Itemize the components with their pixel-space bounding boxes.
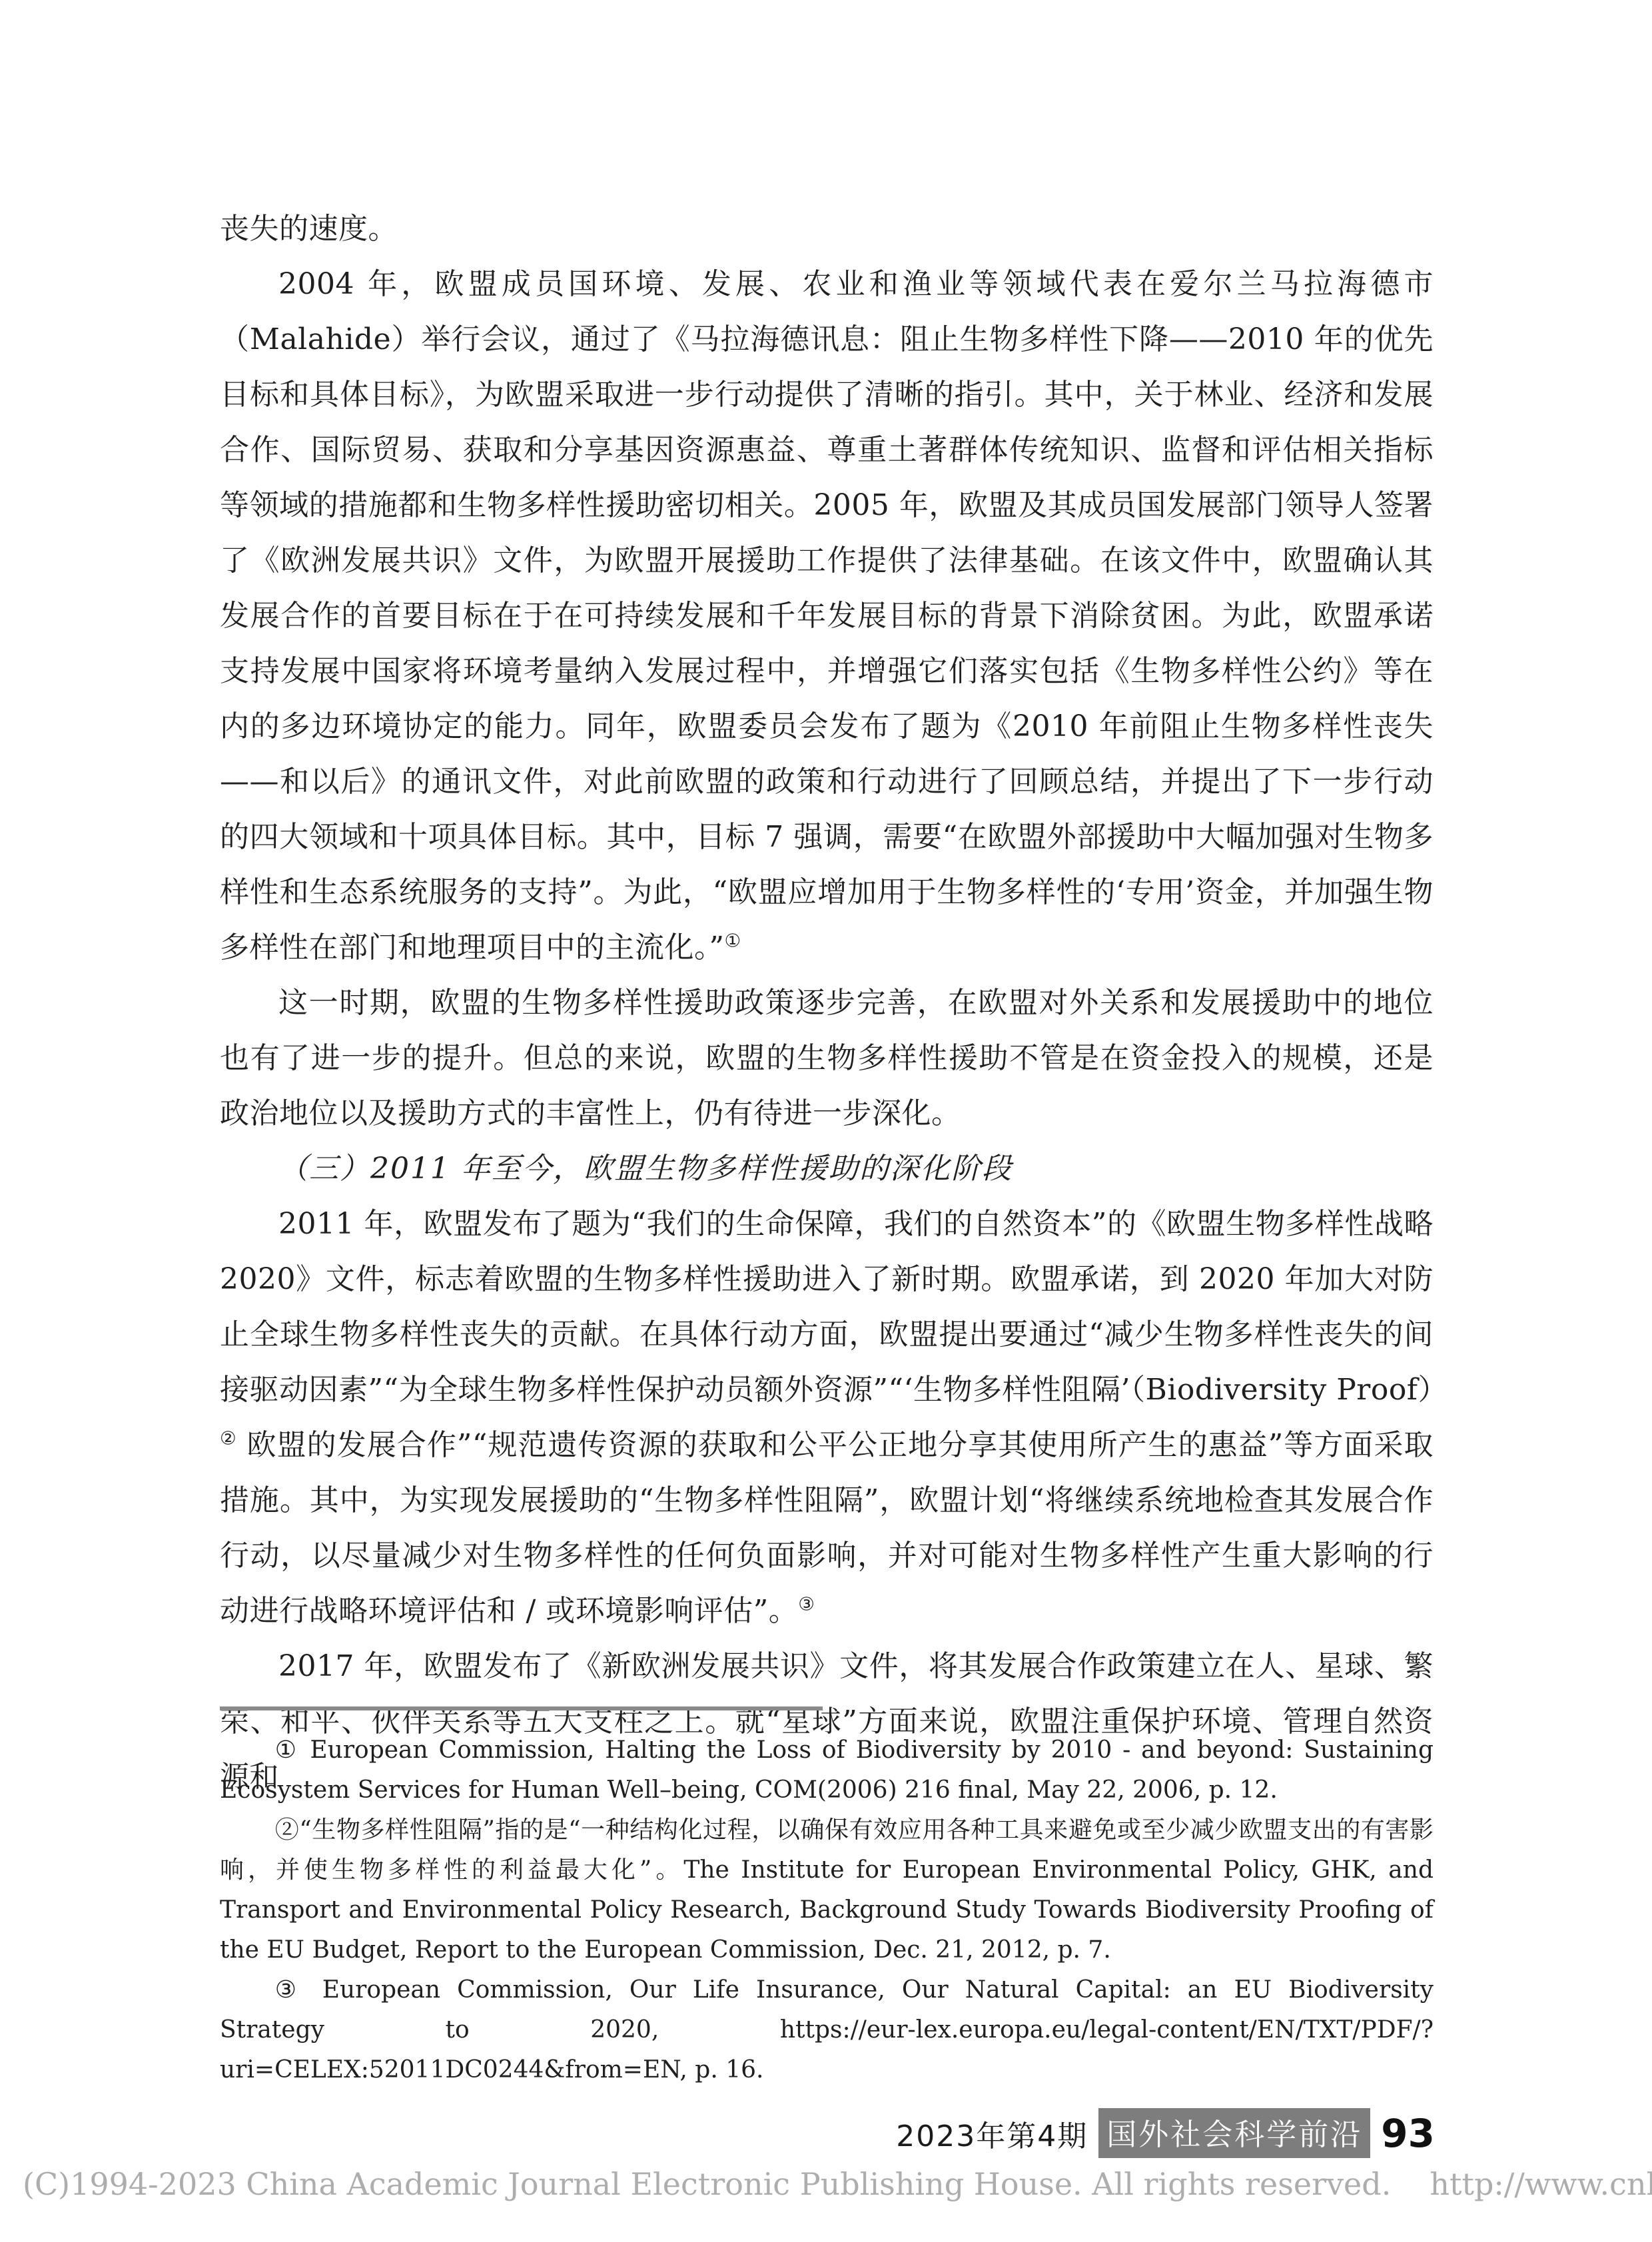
- copyright-url: http://www.cnki.net: [1430, 2165, 1652, 2203]
- footnote-marker: ②: [220, 1428, 237, 1449]
- copyright-notice: (C)1994-2023 China Academic Journal Elec…: [23, 2165, 1391, 2203]
- article-body: 丧失的速度。2004 年，欧盟成员国环境、发展、农业和渔业等领域代表在爱尔兰马拉…: [220, 201, 1434, 1804]
- heading-section-three: （三）2011 年至今，欧盟生物多样性援助的深化阶段: [220, 1141, 1434, 1196]
- page-number: 93: [1381, 2111, 1435, 2156]
- footnotes-block: ① European Commission, Halting the Loss …: [220, 1730, 1434, 2090]
- copyright-watermark: (C)1994-2023 China Academic Journal Elec…: [23, 2165, 1628, 2203]
- page-footer: 2023年第4期 国外社会科学前沿 93: [896, 2108, 1435, 2158]
- para-period-summary: 这一时期，欧盟的生物多样性援助政策逐步完善，在欧盟对外关系和发展援助中的地位也有…: [220, 975, 1434, 1141]
- footnote-item: ① European Commission, Halting the Loss …: [220, 1730, 1434, 1810]
- journal-issue-label: 2023年第4期: [896, 2112, 1088, 2155]
- footnote-item: ③ European Commission, Our Life Insuranc…: [220, 1970, 1434, 2090]
- footnote-marker: ①: [725, 931, 741, 951]
- footnote-marker: ③: [798, 1594, 815, 1615]
- para-continuation: 丧失的速度。: [220, 201, 1434, 256]
- footnote-item: ②“生物多样性阻隔”指的是“一种结构化过程，以确保有效应用各种工具来避免或至少减…: [220, 1810, 1434, 1970]
- footnote-divider: [220, 1706, 823, 1710]
- journal-name-badge: 国外社会科学前沿: [1098, 2108, 1370, 2158]
- para-2011-strategy: 2011 年，欧盟发布了题为“我们的生命保障，我们的自然资本”的《欧盟生物多样性…: [220, 1196, 1434, 1639]
- para-2004-2005: 2004 年，欧盟成员国环境、发展、农业和渔业等领域代表在爱尔兰马拉海德市（Ma…: [220, 256, 1434, 975]
- journal-page: 丧失的速度。2004 年，欧盟成员国环境、发展、农业和渔业等领域代表在爱尔兰马拉…: [0, 0, 1652, 2242]
